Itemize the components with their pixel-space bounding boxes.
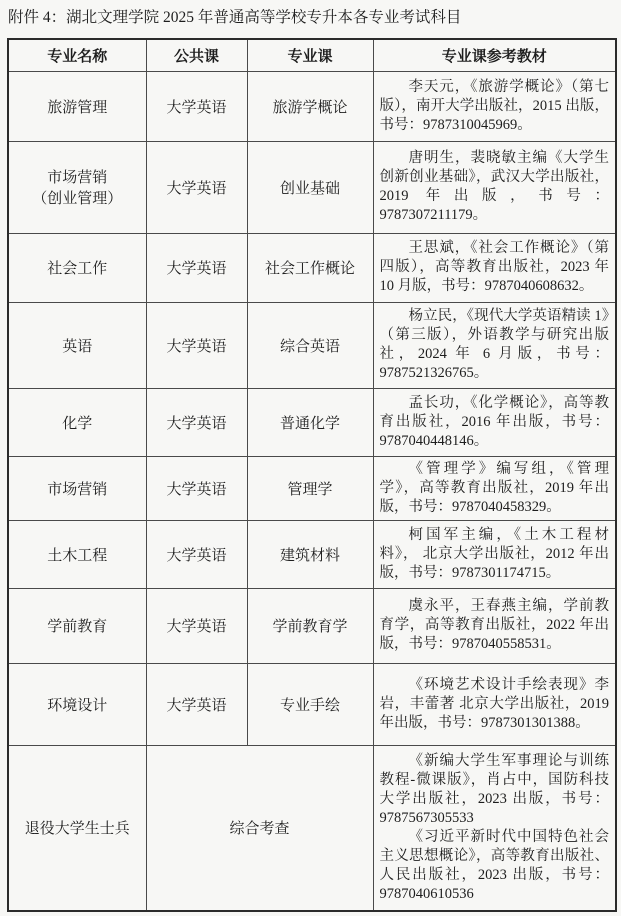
public-course-cell: 大学英语 [146, 302, 247, 388]
major-name-cell: 环境设计 [8, 663, 146, 745]
major-name-cell: 退役大学生士兵 [8, 745, 146, 911]
public-course-cell: 大学英语 [146, 456, 247, 520]
table-row: 退役大学生士兵 综合考查 《新编大学生军事理论与训练教程-微课版》，肖占中，国防… [8, 745, 616, 911]
page-title: 附件 4：湖北文理学院 2025 年普通高等学校专升本各专业考试科目 [8, 8, 615, 28]
table-row: 旅游管理 大学英语 旅游学概论 李天元，《旅游学概论》（第七版），南开大学出版社… [8, 71, 616, 141]
public-course-cell: 大学英语 [146, 71, 247, 141]
reference-text: 《管理学》编写组，《管理学》，高等教育出版社，2019 年出版，书号：97870… [380, 460, 610, 517]
major-course-cell: 普通化学 [247, 388, 373, 456]
public-course-cell: 大学英语 [146, 141, 247, 233]
reference-cell: 《环境艺术设计手绘表现》李岩，丰蕾著 北京大学出版社，2019 年出版，书号：9… [373, 663, 616, 745]
public-course-cell: 大学英语 [146, 663, 247, 745]
reference-cell: 杨立民，《现代大学英语精读 1》（第三版），外语教学与研究出版社，2024 年 … [373, 302, 616, 388]
reference-text: 唐明生，裴晓敏主编《大学生创新创业基础》，武汉大学出版社，2019 年出版，书号… [380, 149, 610, 225]
reference-text: 李天元，《旅游学概论》（第七版），南开大学出版社，2015 出版，书号：9787… [380, 78, 610, 135]
public-course-cell: 大学英语 [146, 388, 247, 456]
table-row: 土木工程 大学英语 建筑材料 柯国军主编，《土木工程材料》， 北京大学出版社，2… [8, 520, 616, 588]
major-name-cell: 化学 [8, 388, 146, 456]
major-course-cell: 建筑材料 [247, 520, 373, 588]
comprehensive-exam-cell: 综合考查 [146, 745, 373, 911]
reference-cell: 李天元，《旅游学概论》（第七版），南开大学出版社，2015 出版，书号：9787… [373, 71, 616, 141]
reference-cell: 孟长功，《化学概论》，高等教育出版社，2016 年出版，书号：978704044… [373, 388, 616, 456]
public-course-cell: 大学英语 [146, 588, 247, 663]
reference-text: 《习近平新时代中国特色社会主义思想概论》，高等教育出版社、人民出版社，2023 … [380, 828, 610, 904]
major-course-cell: 管理学 [247, 456, 373, 520]
reference-text: 杨立民，《现代大学英语精读 1》（第三版），外语教学与研究出版社，2024 年 … [380, 307, 610, 383]
document-page: 附件 4：湖北文理学院 2025 年普通高等学校专升本各专业考试科目 专业名称 … [0, 0, 621, 916]
major-course-cell: 综合英语 [247, 302, 373, 388]
reference-text: 《环境艺术设计手绘表现》李岩，丰蕾著 北京大学出版社，2019 年出版，书号：9… [380, 676, 610, 733]
reference-text: 王思斌，《社会工作概论》（第四版），高等教育出版社，2023 年 10 月版，书… [380, 239, 610, 296]
table-row: 环境设计 大学英语 专业手绘 《环境艺术设计手绘表现》李岩，丰蕾著 北京大学出版… [8, 663, 616, 745]
major-course-cell: 社会工作概论 [247, 233, 373, 302]
table-row: 社会工作 大学英语 社会工作概论 王思斌，《社会工作概论》（第四版），高等教育出… [8, 233, 616, 302]
public-course-cell: 大学英语 [146, 520, 247, 588]
reference-cell: 《管理学》编写组，《管理学》，高等教育出版社，2019 年出版，书号：97870… [373, 456, 616, 520]
table-row: 学前教育 大学英语 学前教育学 虞永平，王春燕主编，学前教育学，高等教育出版社，… [8, 588, 616, 663]
major-course-cell: 旅游学概论 [247, 71, 373, 141]
reference-text: 柯国军主编，《土木工程材料》， 北京大学出版社，2012 年出版，书号：9787… [380, 526, 610, 583]
exam-subjects-table: 专业名称 公共课 专业课 专业课参考教材 旅游管理 大学英语 旅游学概论 李天元… [7, 38, 617, 912]
reference-text: 虞永平，王春燕主编，学前教育学，高等教育出版社，2022 年出版，书号：9787… [380, 597, 610, 654]
reference-cell: 唐明生，裴晓敏主编《大学生创新创业基础》，武汉大学出版社，2019 年出版，书号… [373, 141, 616, 233]
column-header-major-course: 专业课 [247, 39, 373, 71]
reference-text: 《新编大学生军事理论与训练教程-微课版》，肖占中，国防科技大学出版社，2023 … [380, 752, 610, 828]
column-header-reference: 专业课参考教材 [373, 39, 616, 71]
column-header-major-name: 专业名称 [8, 39, 146, 71]
reference-cell: 虞永平，王春燕主编，学前教育学，高等教育出版社，2022 年出版，书号：9787… [373, 588, 616, 663]
public-course-cell: 大学英语 [146, 233, 247, 302]
table-row: 化学 大学英语 普通化学 孟长功，《化学概论》，高等教育出版社，2016 年出版… [8, 388, 616, 456]
major-name-cell: 社会工作 [8, 233, 146, 302]
major-course-cell: 创业基础 [247, 141, 373, 233]
reference-cell: 《新编大学生军事理论与训练教程-微课版》，肖占中，国防科技大学出版社，2023 … [373, 745, 616, 911]
major-name-cell: 学前教育 [8, 588, 146, 663]
reference-text: 孟长功，《化学概论》，高等教育出版社，2016 年出版，书号：978704044… [380, 394, 610, 451]
major-name-cell: 市场营销 [8, 456, 146, 520]
table-row: 英语 大学英语 综合英语 杨立民，《现代大学英语精读 1》（第三版），外语教学与… [8, 302, 616, 388]
table-row: 市场营销 大学英语 管理学 《管理学》编写组，《管理学》，高等教育出版社，201… [8, 456, 616, 520]
major-course-cell: 专业手绘 [247, 663, 373, 745]
major-course-cell: 学前教育学 [247, 588, 373, 663]
major-name-cell: 旅游管理 [8, 71, 146, 141]
reference-cell: 柯国军主编，《土木工程材料》， 北京大学出版社，2012 年出版，书号：9787… [373, 520, 616, 588]
reference-cell: 王思斌，《社会工作概论》（第四版），高等教育出版社，2023 年 10 月版，书… [373, 233, 616, 302]
table-row: 市场营销 （创业管理） 大学英语 创业基础 唐明生，裴晓敏主编《大学生创新创业基… [8, 141, 616, 233]
major-name-cell: 市场营销 （创业管理） [8, 141, 146, 233]
major-name-cell: 土木工程 [8, 520, 146, 588]
table-header-row: 专业名称 公共课 专业课 专业课参考教材 [8, 39, 616, 71]
major-name-cell: 英语 [8, 302, 146, 388]
column-header-public-course: 公共课 [146, 39, 247, 71]
